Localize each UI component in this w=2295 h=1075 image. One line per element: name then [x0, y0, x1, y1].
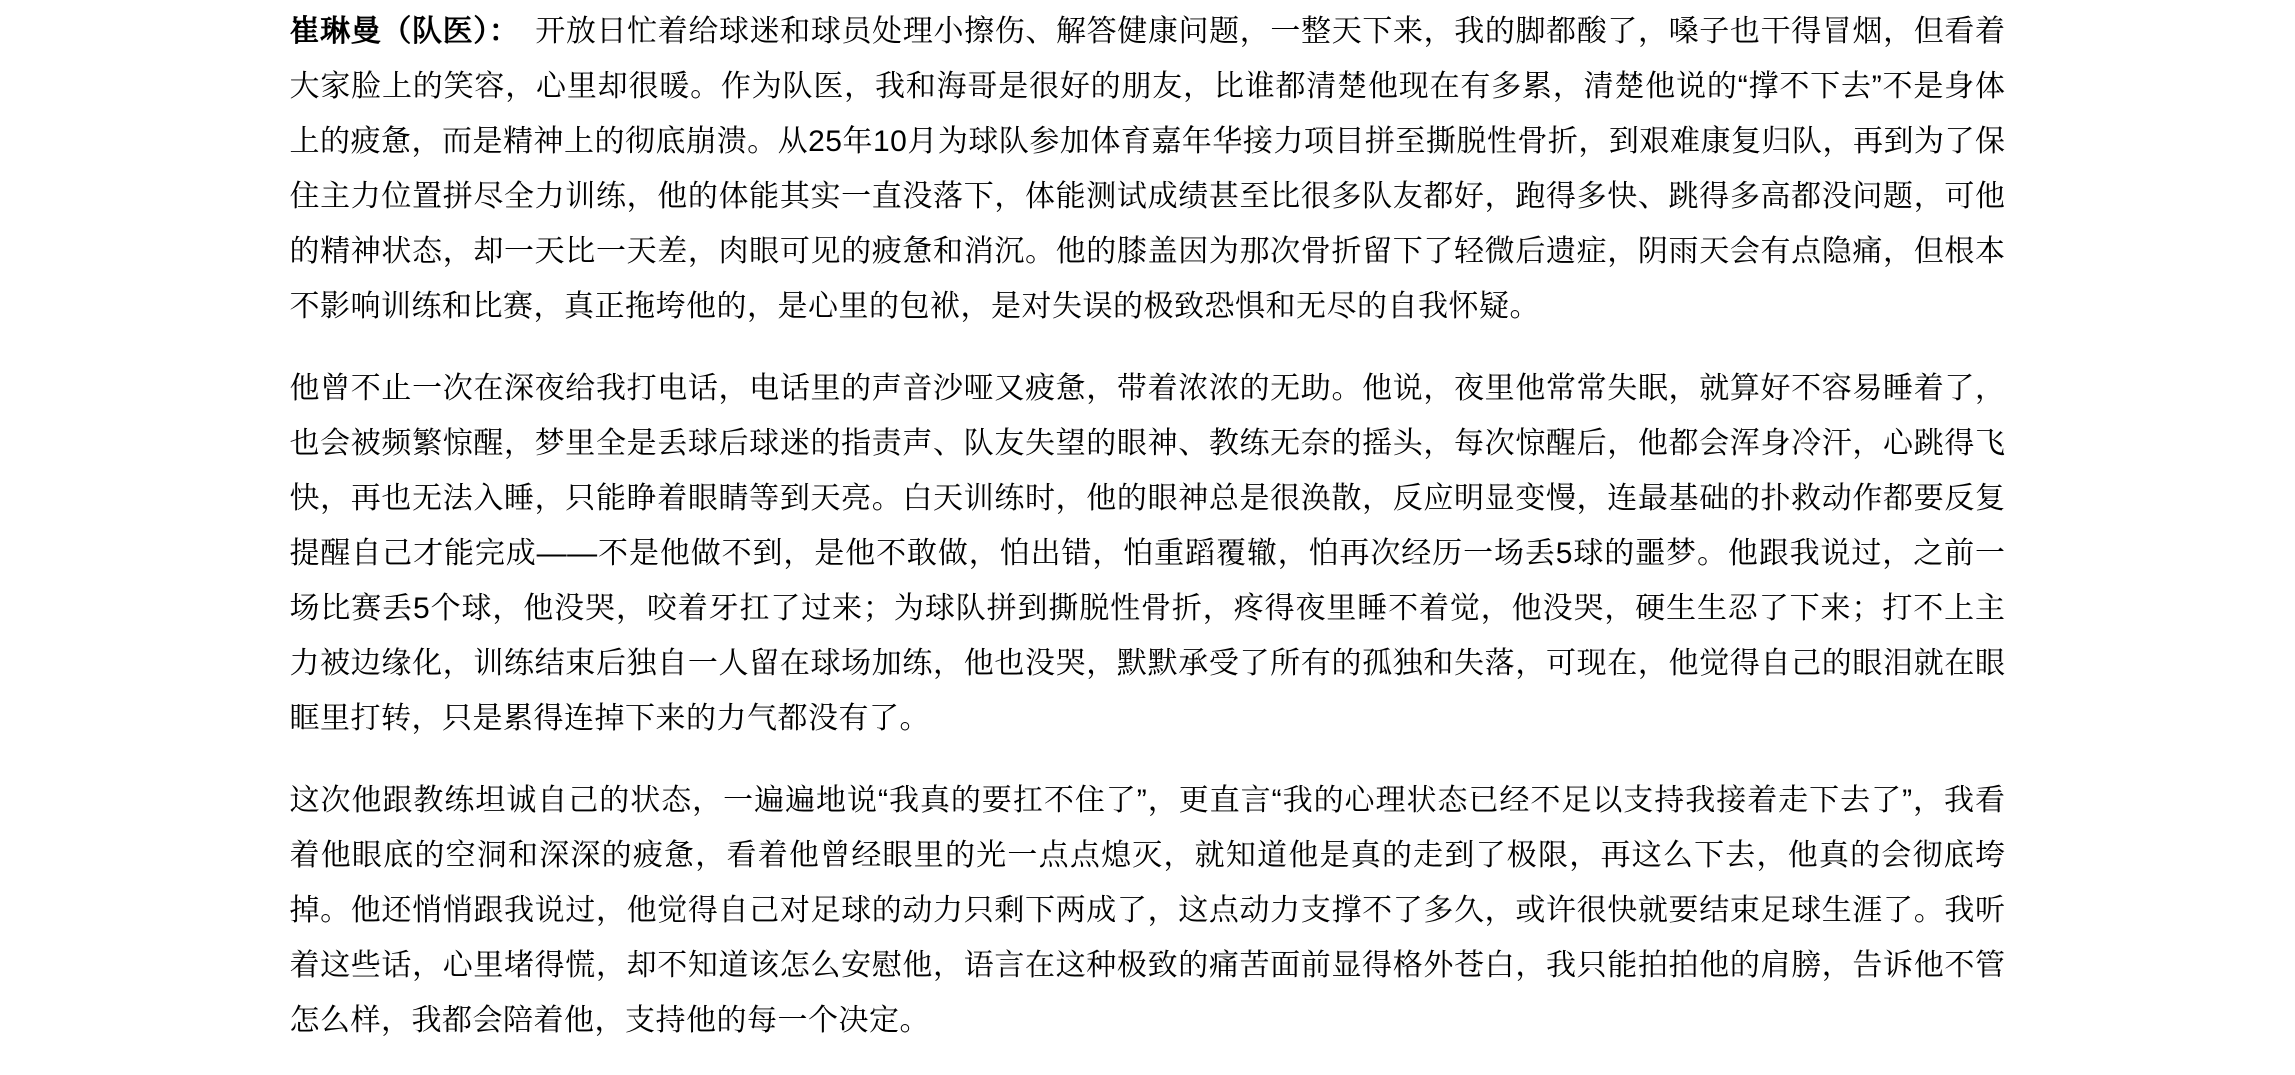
- paragraph-1-text: 开放日忙着给球迷和球员处理小擦伤、解答健康问题，一整天下来，我的脚都酸了，嗓子也…: [290, 15, 2006, 323]
- paragraph-confession-to-coach: 这次他跟教练坦诚自己的状态，一遍遍地说“我真的要扛不住了”，更直言“我的心理状态…: [290, 773, 2006, 1048]
- paragraph-team-doctor-intro: 崔琳曼（队医）： 开放日忙着给球迷和球员处理小擦伤、解答健康问题，一整天下来，我…: [290, 4, 2006, 334]
- paragraph-late-night-calls: 他曾不止一次在深夜给我打电话，电话里的声音沙哑又疲惫，带着浓浓的无助。他说，夜里…: [290, 361, 2006, 746]
- page: 崔琳曼（队医）： 开放日忙着给球迷和球员处理小擦伤、解答健康问题，一整天下来，我…: [0, 0, 2295, 1075]
- speaker-label: 崔琳曼（队医）：: [290, 15, 505, 48]
- document-body: 崔琳曼（队医）： 开放日忙着给球迷和球员处理小擦伤、解答健康问题，一整天下来，我…: [290, 0, 2006, 1048]
